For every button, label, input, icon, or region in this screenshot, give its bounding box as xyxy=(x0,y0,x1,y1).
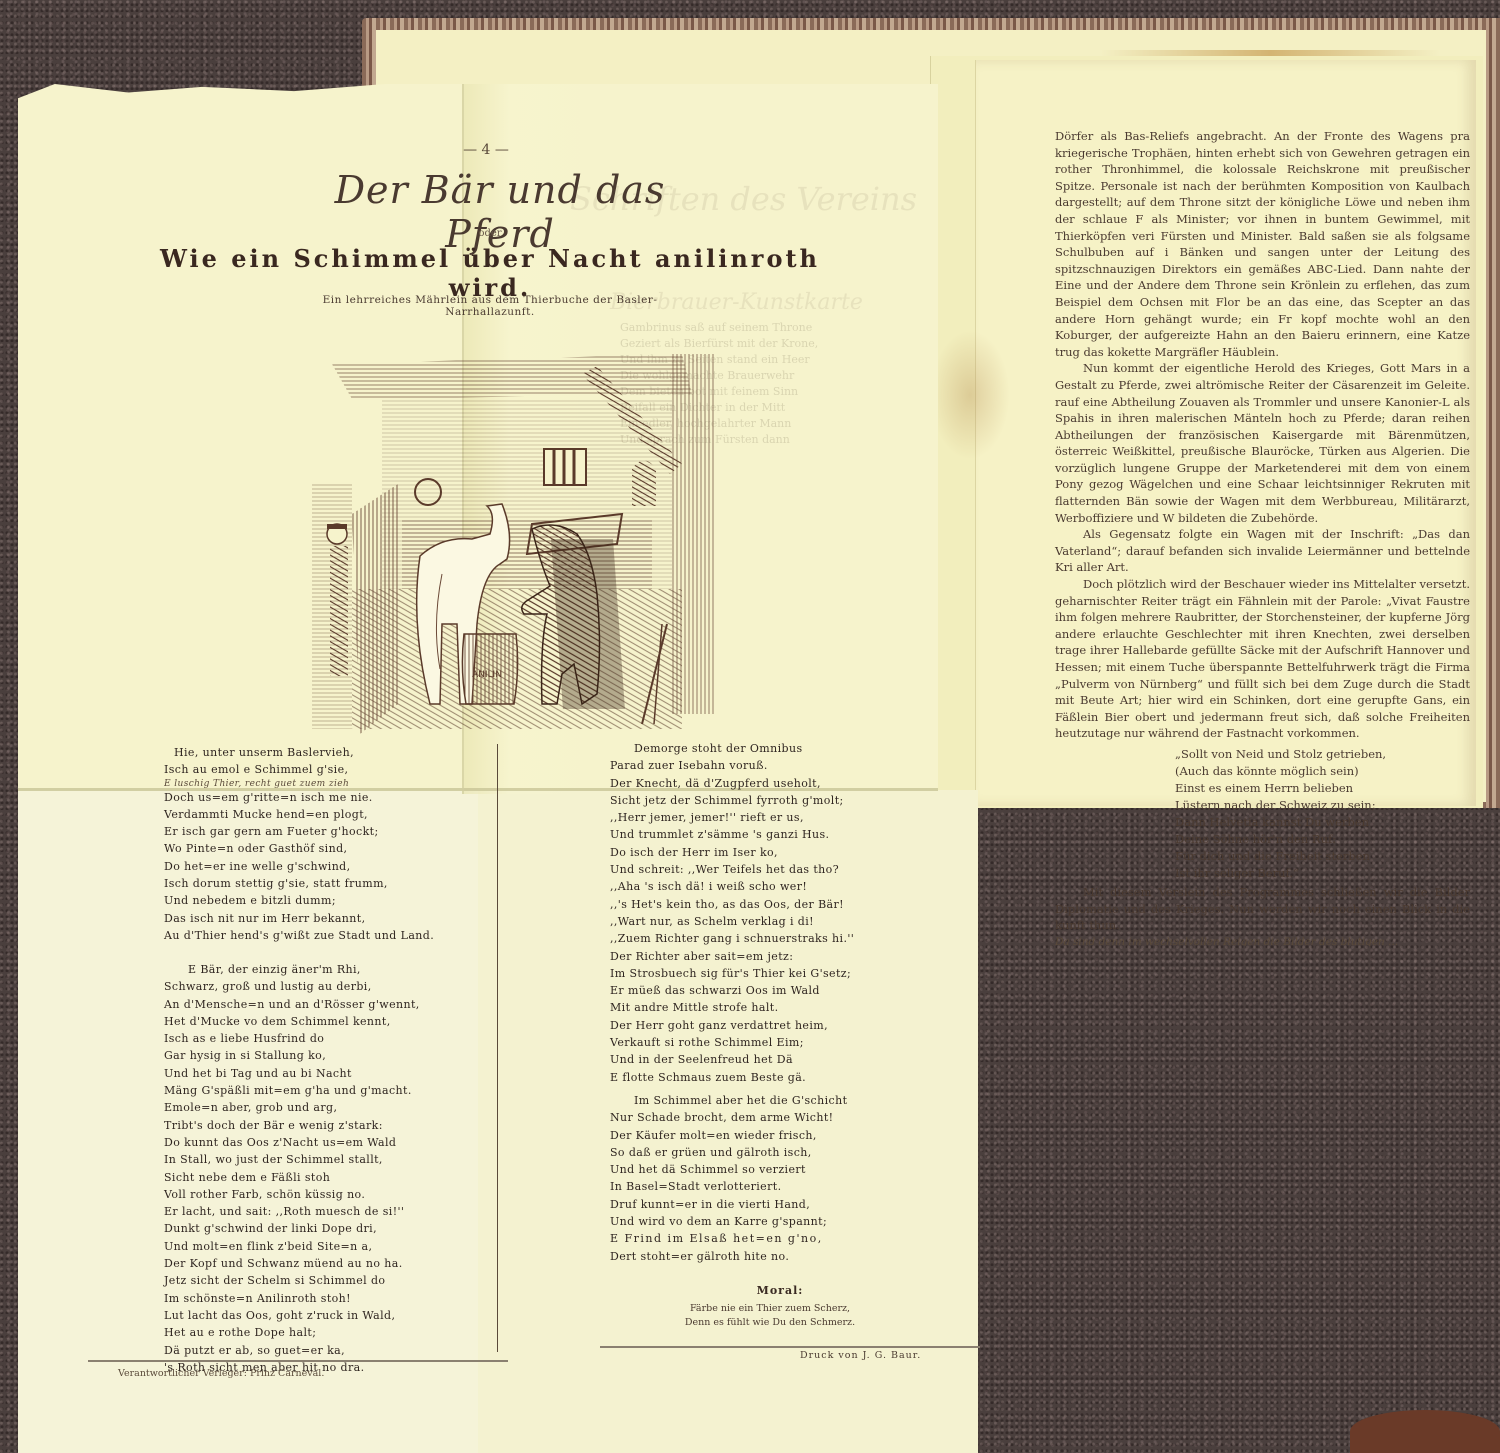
poem-line: Sicht jetz der Schimmel fyrroth g'molt; xyxy=(610,792,854,809)
poem-line: Der Knecht, dä d'Zugpferd useholt, xyxy=(610,775,854,792)
brown-object-corner xyxy=(1350,1410,1500,1453)
poem-line: Im Schimmel aber het die G'schicht xyxy=(610,1092,847,1109)
poem-line: Schwarz, groß und lustig au derbi, xyxy=(164,978,420,995)
poem-title: Der Bär und das Pferd xyxy=(300,168,700,256)
title-conjunction: oder xyxy=(450,228,530,239)
poem-line: ,,Zuem Richter gang i schnuerstraks hi.'… xyxy=(610,930,854,947)
poem-line: Gar hysig in si Stallung ko, xyxy=(164,1047,420,1064)
poem-line: ,,Wart nur, as Schelm verklag i di! xyxy=(610,913,854,930)
moral-text: Färbe nie ein Thier zuem Scherz, Denn es… xyxy=(600,1302,940,1330)
poem-line: Deine Söhne hör'n den Ruf: xyxy=(1175,831,1470,848)
page-number: — 4 — xyxy=(446,142,526,158)
poem-line: Hie, unter unserm Baslervieh, xyxy=(164,744,434,761)
poem-line: (Auch das könnte möglich sein) xyxy=(1175,763,1470,780)
poem-line: Und schreit: ,,Wer Teifels het das tho? xyxy=(610,861,854,878)
poem-line-folded: E luschig Thier, recht guet zuem zieh xyxy=(164,779,434,789)
poem-line: Dä putzt er ab, so guet=er ka, xyxy=(164,1342,420,1359)
poem-line: Do kunnt das Oos z'Nacht us=em Wald xyxy=(164,1134,420,1151)
moral-line: Denn es fühlt wie Du den Schmerz. xyxy=(600,1316,940,1330)
right-poem: „Sollt von Neid und Stolz getrieben, (Au… xyxy=(1175,746,1470,882)
water-stain-round xyxy=(930,330,1010,460)
right-paragraph: Dörfer als Bas-Reliefs angebracht. An de… xyxy=(1055,128,1470,360)
poem-line: Und het dä Schimmel so verziert xyxy=(610,1161,847,1178)
poem-line: Und molt=en flink z'beid Site=n a, xyxy=(164,1238,420,1255)
poem-line: Und nebedem e bitzli dumm; xyxy=(164,892,434,909)
poem-line: ,,Aha 's isch dä! i weiß scho wer! xyxy=(610,878,854,895)
poem-line: In Basel=Stadt verlotteriert. xyxy=(610,1178,847,1195)
poem-line: Verkauft si rothe Schimmel Eim; xyxy=(610,1034,854,1051)
right-paragraph: Nun kommt der eigentliche Herold des Kri… xyxy=(1055,360,1470,526)
poem-line: Der Kopf und Schwanz müend au no ha. xyxy=(164,1255,420,1272)
poem-line: So daß er grüen und gälroth isch, xyxy=(610,1144,847,1161)
poem-line: ,,Herr jemer, jemer!'' rieft er us, xyxy=(610,809,854,826)
poem-line: Do isch der Herr im Iser ko, xyxy=(610,844,854,861)
right-page-text: Dörfer als Bas-Reliefs angebracht. An de… xyxy=(1055,128,1470,946)
poem-line: Für dich und die Freiheit sterben xyxy=(1175,848,1470,865)
poem-line: Mäng G'späßli mit=em g'ha und g'macht. xyxy=(164,1082,420,1099)
poem-stanza-right-1: Demorge stoht der Omnibus Parad zuer Ise… xyxy=(610,740,854,1086)
poem-line: Im Strosbuech sig für's Thier kei G'setz… xyxy=(610,965,854,982)
stable-illustration: ANILIN xyxy=(292,324,716,740)
poem-line: Isch au emol e Schimmel g'sie, xyxy=(164,761,434,778)
poem-stanza-left-2: E Bär, der einzig äner'm Rhi, Schwarz, g… xyxy=(164,961,420,1376)
poem-line: Emole=n aber, grob und arg, xyxy=(164,1099,420,1116)
poem-line: „Sollt von Neid und Stolz getrieben, xyxy=(1175,746,1470,763)
poem-line: Voll rother Farb, schön küssig no. xyxy=(164,1186,420,1203)
column-divider xyxy=(497,744,498,1352)
poem-line: E Frind im Elsaß het=en g'no, xyxy=(610,1230,847,1247)
poem-line: Wo Pinte=n oder Gasthöf sind, xyxy=(164,840,434,857)
poem-line: Demorge stoht der Omnibus xyxy=(610,740,854,757)
right-closing-paragraph: Mit diesem Verslein des Programmes schli… xyxy=(1055,884,1470,934)
poem-line: Het au e rothe Dope halt; xyxy=(164,1324,420,1341)
poem-line: In Stall, wo just der Schimmel stallt, xyxy=(164,1151,420,1168)
poem-line: Jetz sicht der Schelm si Schimmel do xyxy=(164,1272,420,1289)
poem-line: Und trummlet z'sämme 's ganzi Hus. xyxy=(610,826,854,843)
poem-line: E Bär, der einzig äner'm Rhi, xyxy=(164,961,420,978)
barrel-label: ANILIN xyxy=(472,670,502,680)
poem-line: Das isch nit nur im Herr bekannt, xyxy=(164,910,434,927)
poem-line: Lüstern nach der Schweiz zu sein; xyxy=(1175,797,1470,814)
poem-line: Sicht nebe dem e Fäßli stoh xyxy=(164,1169,420,1186)
poem-line: Doch us=em g'ritte=n isch me nie. xyxy=(164,789,434,806)
poem-line: Au d'Thier hend's g'wißt zue Stadt und L… xyxy=(164,927,434,944)
moral-line: Färbe nie ein Thier zuem Scherz, xyxy=(600,1302,940,1316)
poem-line: Isch as e liebe Husfrind do xyxy=(164,1030,420,1047)
poem-line: Er lacht, und sait: ,,Roth muesch de si!… xyxy=(164,1203,420,1220)
publisher-credit: Verantwortlicher Verleger: Prinz Carneva… xyxy=(118,1368,324,1379)
poem-line: Der Käufer molt=en wieder frisch, xyxy=(610,1127,847,1144)
footer-rule-right xyxy=(600,1346,980,1348)
poem-line: Verdammti Mucke hend=en plogt, xyxy=(164,806,434,823)
poem-line: Er müeß das schwarzi Oos im Wald xyxy=(610,982,854,999)
poem-line: Parad zuer Isebahn voruß. xyxy=(610,757,854,774)
poem-line: Dann Helvetia kannst Du werben xyxy=(1175,814,1470,831)
poem-line: An d'Mensche=n und an d'Rösser g'wennt, xyxy=(164,996,420,1013)
poem-line: Ist ihr seliger Beruf.“ xyxy=(1175,865,1470,882)
poem-line: E flotte Schmaus zuem Beste gä. xyxy=(610,1069,854,1086)
water-stain xyxy=(1100,50,1440,56)
poem-line: Dunkt g'schwind der linki Dope dri, xyxy=(164,1220,420,1237)
poem-line: Nur Schade brocht, dem arme Wicht! xyxy=(610,1109,847,1126)
right-cut-off-line: Da sind denn im wechselvollen Reigen die… xyxy=(1055,934,1470,946)
poem-line: Dert stoht=er gälroth hite no. xyxy=(610,1248,847,1265)
poem-line: Einst es einem Herrn belieben xyxy=(1175,780,1470,797)
right-paragraph: Doch plötzlich wird der Beschauer wieder… xyxy=(1055,576,1470,742)
poem-line: Do het=er ine welle g'schwind, xyxy=(164,858,434,875)
poem-line: Und wird vo dem an Karre g'spannt; xyxy=(610,1213,847,1230)
poem-line: ,,'s Het's kein tho, as das Oos, der Bär… xyxy=(610,896,854,913)
poem-line: Er isch gar gern am Fueter g'hockt; xyxy=(164,823,434,840)
poem-stanza-right-2: Im Schimmel aber het die G'schicht Nur S… xyxy=(610,1092,847,1265)
poem-line: Im schönste=n Anilinroth stoh! xyxy=(164,1290,420,1307)
printer-credit: Druck von J. G. Baur. xyxy=(800,1350,921,1361)
poem-line: Tribt's doch der Bär e wenig z'stark: xyxy=(164,1117,420,1134)
poem-line: Mit andre Mittle strofe halt. xyxy=(610,999,854,1016)
footer-rule-left xyxy=(88,1360,508,1362)
poem-line: Der Richter aber sait=em jetz: xyxy=(610,948,854,965)
poem-tagline: Ein lehrreiches Mährlein aus dem Thierbu… xyxy=(300,294,680,318)
poem-line: Und het bi Tag und au bi Nacht xyxy=(164,1065,420,1082)
poem-line: Isch dorum stettig g'sie, statt frumm, xyxy=(164,875,434,892)
poem-line: Und in der Seelenfreud het Dä xyxy=(610,1051,854,1068)
moral-heading: Moral: xyxy=(680,1284,880,1297)
poem-stanza-left-1: Hie, unter unserm Baslervieh, Isch au em… xyxy=(164,744,434,944)
poem-line: Druf kunnt=er in die vierti Hand, xyxy=(610,1196,847,1213)
poem-line: Lut lacht das Oos, goht z'ruck in Wald, xyxy=(164,1307,420,1324)
poem-line: Der Herr goht ganz verdattret heim, xyxy=(610,1017,854,1034)
poem-line: Het d'Mucke vo dem Schimmel kennt, xyxy=(164,1013,420,1030)
right-paragraph: Als Gegensatz folgte ein Wagen mit der I… xyxy=(1055,526,1470,576)
